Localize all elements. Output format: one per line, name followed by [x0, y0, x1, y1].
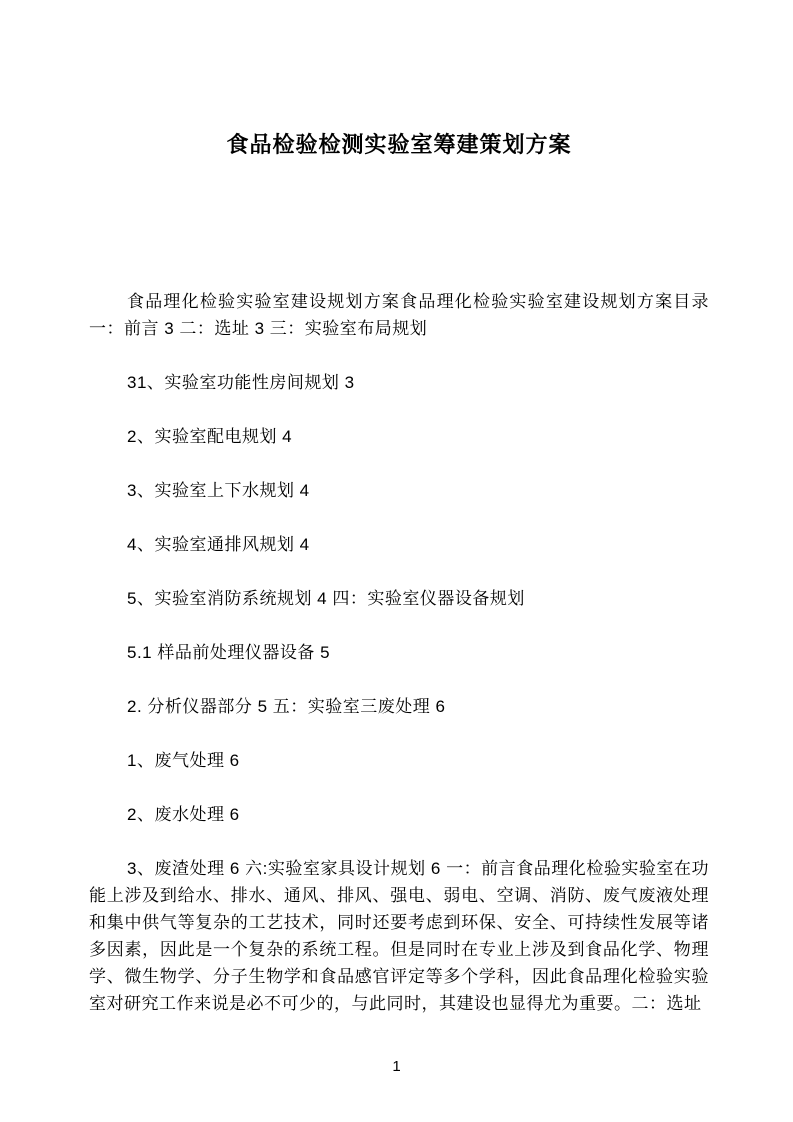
toc-item-analysis-instruments: 2. 分析仪器部分 5 五：实验室三废处理 6 [89, 693, 709, 720]
toc-intro-paragraph: 食品理化检验实验室建设规划方案食品理化检验实验室建设规划方案目录一：前言 3 二… [89, 288, 709, 342]
page-number: 1 [0, 1058, 793, 1076]
document-title: 食品检验检测实验室筹建策划方案 [89, 128, 709, 162]
toc-item-power-planning: 2、实验室配电规划 4 [89, 423, 709, 450]
toc-item-ventilation-planning: 4、实验室通排风规划 4 [89, 531, 709, 558]
toc-item-waste-water: 2、废水处理 6 [89, 801, 709, 828]
toc-item-sample-pretreatment: 5.1 样品前处理仪器设备 5 [89, 639, 709, 666]
document-page: 食品检验检测实验室筹建策划方案 食品理化检验实验室建设规划方案食品理化检验实验室… [0, 0, 793, 1122]
toc-item-fire-system-planning: 5、实验室消防系统规划 4 四：实验室仪器设备规划 [89, 585, 709, 612]
toc-item-waste-gas: 1、废气处理 6 [89, 747, 709, 774]
toc-item-functional-rooms: 31、实验室功能性房间规划 3 [89, 369, 709, 396]
toc-item-water-planning: 3、实验室上下水规划 4 [89, 477, 709, 504]
intro-body-paragraph: 3、废渣处理 6 六:实验室家具设计规划 6 一：前言食品理化检验实验室在功能上… [89, 855, 709, 1017]
